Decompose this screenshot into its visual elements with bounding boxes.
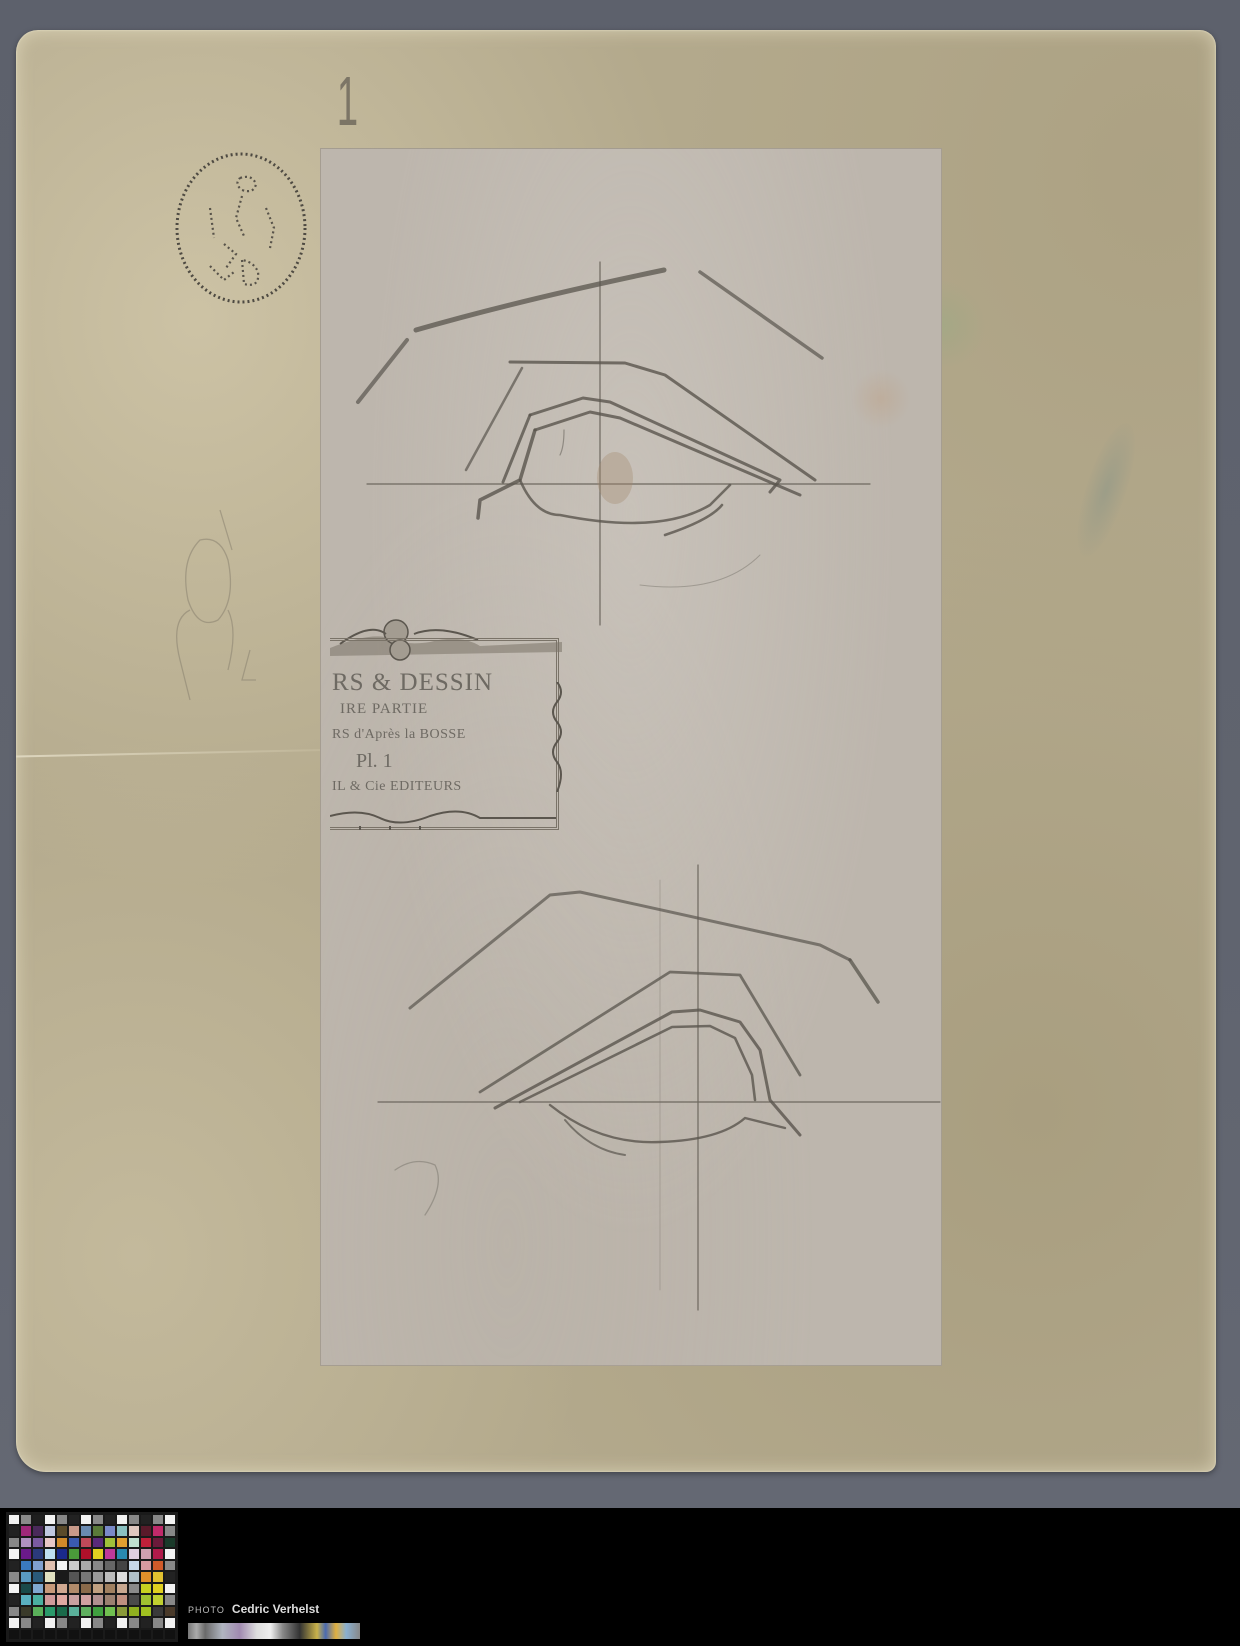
faint-figure-sketch <box>150 500 300 720</box>
color-patch <box>141 1607 151 1616</box>
color-patch <box>105 1607 115 1616</box>
color-patch <box>69 1572 79 1581</box>
color-patch <box>45 1549 55 1558</box>
color-patch <box>9 1549 19 1558</box>
color-patch <box>21 1538 31 1547</box>
color-patch <box>57 1538 67 1547</box>
color-patch <box>141 1526 151 1535</box>
color-patch <box>93 1584 103 1593</box>
color-patch <box>33 1595 43 1604</box>
color-patch <box>81 1538 91 1547</box>
color-patch <box>165 1584 175 1593</box>
color-patch <box>57 1549 67 1558</box>
color-patch <box>153 1572 163 1581</box>
color-patch <box>69 1538 79 1547</box>
color-patch <box>45 1538 55 1547</box>
color-patch <box>141 1584 151 1593</box>
color-patch <box>129 1526 139 1535</box>
color-patch <box>9 1630 19 1639</box>
color-patch <box>93 1572 103 1581</box>
color-patch <box>33 1526 43 1535</box>
color-patch <box>141 1595 151 1604</box>
color-patch <box>33 1549 43 1558</box>
color-patch <box>153 1607 163 1616</box>
color-patch <box>9 1561 19 1570</box>
color-patch <box>129 1618 139 1627</box>
color-patch <box>33 1515 43 1524</box>
color-patch <box>105 1549 115 1558</box>
color-patch <box>69 1526 79 1535</box>
color-patch <box>105 1595 115 1604</box>
color-patch <box>33 1538 43 1547</box>
color-patch <box>45 1618 55 1627</box>
color-patch <box>129 1595 139 1604</box>
color-patch <box>153 1526 163 1535</box>
plate-stain <box>851 369 911 429</box>
color-patch <box>153 1584 163 1593</box>
color-patch <box>93 1630 103 1639</box>
color-patch <box>105 1526 115 1535</box>
color-patch <box>165 1526 175 1535</box>
color-patch <box>93 1595 103 1604</box>
color-patch <box>141 1538 151 1547</box>
color-patch <box>153 1549 163 1558</box>
color-patch <box>33 1630 43 1639</box>
color-patch <box>141 1618 151 1627</box>
color-patch <box>129 1549 139 1558</box>
color-patch <box>117 1595 127 1604</box>
color-patch <box>105 1618 115 1627</box>
color-patch <box>117 1607 127 1616</box>
color-patch <box>57 1595 67 1604</box>
color-patch <box>33 1607 43 1616</box>
plate-title-cartouche: RS & DESSIN IRE PARTIE RS d'Après la BOS… <box>330 612 562 834</box>
color-patch <box>9 1595 19 1604</box>
color-patch <box>153 1538 163 1547</box>
color-patch <box>45 1584 55 1593</box>
color-patch <box>21 1572 31 1581</box>
color-patch <box>69 1595 79 1604</box>
color-patch <box>45 1630 55 1639</box>
color-patch <box>165 1515 175 1524</box>
color-patch <box>165 1595 175 1604</box>
color-patch <box>57 1515 67 1524</box>
color-patch <box>117 1549 127 1558</box>
color-patch <box>165 1607 175 1616</box>
color-patch <box>129 1561 139 1570</box>
color-patch <box>129 1515 139 1524</box>
color-patch <box>141 1561 151 1570</box>
color-patch <box>69 1515 79 1524</box>
color-patch <box>117 1630 127 1639</box>
color-patch <box>141 1630 151 1639</box>
photo-credit: PHOTO Cedric Verhelst <box>188 1602 319 1616</box>
color-patch <box>69 1618 79 1627</box>
color-patch <box>117 1515 127 1524</box>
color-patch <box>141 1515 151 1524</box>
color-patch <box>9 1572 19 1581</box>
color-patch <box>81 1607 91 1616</box>
color-patch <box>129 1630 139 1639</box>
color-patch <box>69 1607 79 1616</box>
color-patch <box>45 1572 55 1581</box>
cartouche-text: RS & DESSIN IRE PARTIE RS d'Après la BOS… <box>332 670 552 800</box>
color-patch <box>141 1572 151 1581</box>
color-patch <box>9 1618 19 1627</box>
color-patch <box>21 1630 31 1639</box>
color-patch <box>57 1526 67 1535</box>
color-patch <box>105 1572 115 1581</box>
color-patch <box>57 1572 67 1581</box>
color-patch <box>129 1584 139 1593</box>
color-patch <box>129 1607 139 1616</box>
color-patch <box>33 1561 43 1570</box>
color-patch <box>33 1572 43 1581</box>
color-patch <box>69 1549 79 1558</box>
color-patch <box>21 1595 31 1604</box>
color-patch <box>9 1526 19 1535</box>
color-patch <box>81 1549 91 1558</box>
color-patch <box>9 1538 19 1547</box>
cartouche-publisher: IL & Cie EDITEURS <box>332 774 552 800</box>
color-patch <box>21 1561 31 1570</box>
color-patch <box>117 1526 127 1535</box>
color-patch <box>93 1526 103 1535</box>
color-patch <box>21 1526 31 1535</box>
color-patch <box>165 1538 175 1547</box>
color-patch <box>105 1630 115 1639</box>
color-patch <box>129 1538 139 1547</box>
color-patch <box>21 1515 31 1524</box>
color-patch <box>165 1572 175 1581</box>
color-patch <box>165 1630 175 1639</box>
color-patch <box>57 1618 67 1627</box>
cartouche-subtitle: RS d'Après la BOSSE <box>332 722 552 748</box>
color-patch <box>33 1618 43 1627</box>
color-patch <box>81 1595 91 1604</box>
photo-label: PHOTO <box>188 1605 225 1615</box>
grayscale-color-strip <box>188 1623 360 1639</box>
color-patch <box>81 1515 91 1524</box>
color-patch <box>81 1572 91 1581</box>
color-patch <box>117 1572 127 1581</box>
color-patch <box>21 1549 31 1558</box>
color-patch <box>21 1584 31 1593</box>
color-patch <box>69 1584 79 1593</box>
color-patch <box>57 1607 67 1616</box>
color-patch <box>9 1515 19 1524</box>
color-patch <box>153 1561 163 1570</box>
color-patch <box>93 1618 103 1627</box>
color-patch <box>45 1515 55 1524</box>
color-patch <box>57 1630 67 1639</box>
color-patch <box>45 1561 55 1570</box>
photo-footer <box>0 1508 1240 1646</box>
color-patch <box>117 1538 127 1547</box>
color-patch <box>105 1561 115 1570</box>
color-patch <box>117 1561 127 1570</box>
cartouche-part: IRE PARTIE <box>332 696 552 722</box>
color-patch <box>93 1538 103 1547</box>
color-patch <box>81 1526 91 1535</box>
color-patch <box>153 1618 163 1627</box>
color-patch <box>45 1595 55 1604</box>
color-patch <box>105 1515 115 1524</box>
color-patch <box>141 1549 151 1558</box>
cartouche-title: RS & DESSIN <box>332 670 552 696</box>
bottom-ornament-icon <box>330 808 562 834</box>
pencil-number: 1 <box>337 66 358 136</box>
color-patch <box>93 1549 103 1558</box>
color-patch <box>9 1607 19 1616</box>
photographer-name: Cedric Verhelst <box>232 1602 319 1616</box>
color-patch <box>33 1584 43 1593</box>
color-patch <box>153 1630 163 1639</box>
color-patch <box>165 1561 175 1570</box>
board-crease <box>16 749 346 758</box>
color-patch <box>93 1561 103 1570</box>
color-patch <box>81 1630 91 1639</box>
color-patch <box>69 1630 79 1639</box>
color-patch <box>117 1618 127 1627</box>
color-patch <box>165 1618 175 1627</box>
color-patch <box>45 1607 55 1616</box>
color-patch <box>105 1538 115 1547</box>
color-calibration-target <box>6 1512 178 1642</box>
color-patch <box>81 1618 91 1627</box>
color-patch <box>105 1584 115 1593</box>
color-patch <box>153 1595 163 1604</box>
oval-stamp-icon <box>170 148 312 308</box>
color-patch <box>57 1561 67 1570</box>
color-patch <box>45 1526 55 1535</box>
color-patch <box>117 1584 127 1593</box>
color-patch <box>21 1607 31 1616</box>
color-patch <box>57 1584 67 1593</box>
color-patch <box>81 1584 91 1593</box>
color-patch <box>93 1607 103 1616</box>
cartouche-plate-number: Pl. 1 <box>332 748 552 774</box>
color-patch <box>153 1515 163 1524</box>
color-patch <box>165 1549 175 1558</box>
color-patch <box>129 1572 139 1581</box>
color-patch <box>81 1561 91 1570</box>
color-patch <box>9 1584 19 1593</box>
scroll-ornament-icon <box>550 682 564 792</box>
color-patch <box>21 1618 31 1627</box>
color-patch <box>93 1515 103 1524</box>
color-patch <box>69 1561 79 1570</box>
board-stain <box>1065 417 1146 563</box>
